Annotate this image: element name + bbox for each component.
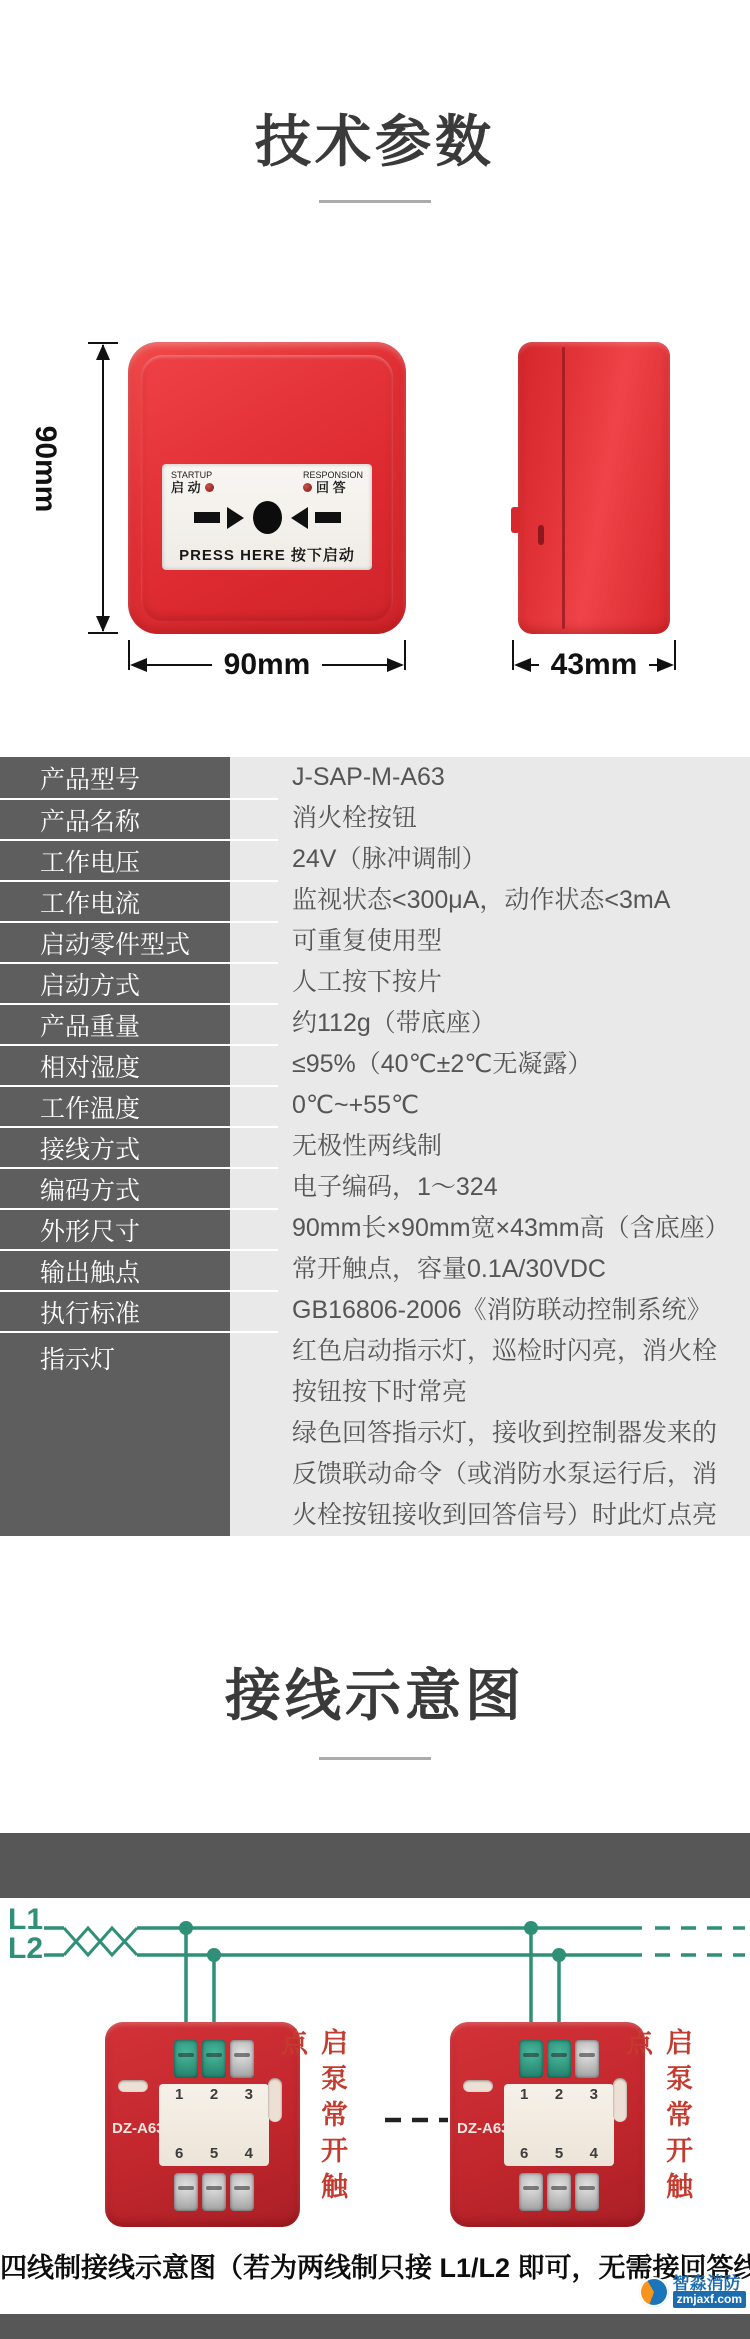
terminal-plate: 1 2 3 6 5 4 <box>159 2084 269 2166</box>
row-label: 相对湿度 <box>0 1044 230 1085</box>
startup-indicator: STARTUP 启 动 <box>171 470 214 495</box>
height-dimension-label: 90mm <box>28 414 62 524</box>
terminal-screw-1 <box>174 2040 198 2078</box>
table-row: 执行标准GB16806-2006《消防联动控制系统》 <box>0 1290 750 1331</box>
table-row: 工作电流监视状态<300μA，动作状态<3mA <box>0 880 750 921</box>
terminal-num-5: 5 <box>555 2145 563 2162</box>
table-row: 接线方式无极性两线制 <box>0 1126 750 1167</box>
bottom-band <box>0 2314 750 2339</box>
rear-button-1: 1 2 3 6 5 4 DZ-A63 <box>105 2022 300 2227</box>
diagram-caption: 四线制接线示意图（若为两线制只接 L1/L2 即可，无需接回答线） <box>0 2246 750 2285</box>
press-here-label: PRESS HERE 按下启动 <box>171 544 363 565</box>
response-indicator: RESPONSION 回 答 <box>303 470 363 495</box>
row-label: 编码方式 <box>0 1167 230 1208</box>
startup-label-en: STARTUP <box>171 470 214 480</box>
table-row: 工作温度0℃~+55℃ <box>0 1085 750 1126</box>
device-model-label: DZ-A63 <box>457 2120 510 2137</box>
row-label: 产品名称 <box>0 798 230 839</box>
table-row: 外形尺寸90mm长×90mm宽×43mm高（含底座） <box>0 1208 750 1249</box>
row-label: 执行标准 <box>0 1290 230 1331</box>
indicator-green-desc: 绿色回答指示灯，接收到控制器发来的反馈联动命令（或消防水泵运行后，消火栓按钮接收… <box>292 1413 736 1536</box>
table-row: 产品型号J-SAP-M-A63 <box>0 757 750 798</box>
table-row: 产品名称消火栓按钮 <box>0 798 750 839</box>
terminal-screw-3 <box>230 2040 254 2078</box>
startup-label-zh: 启 动 <box>171 480 201 495</box>
terminal-num-3: 3 <box>590 2086 598 2103</box>
terminal-screw-6 <box>174 2173 198 2211</box>
row-value: 无极性两线制 <box>230 1126 750 1167</box>
row-value: 人工按下按片 <box>230 962 750 1003</box>
table-row: 工作电压24V（脉冲调制） <box>0 839 750 880</box>
height-dimension-line <box>88 342 118 634</box>
row-value: 可重复使用型 <box>230 921 750 962</box>
terminal-num-3: 3 <box>245 2086 253 2103</box>
device-model-label: DZ-A63 <box>112 2120 165 2137</box>
table-row-indicator-lights: 指示灯 红色启动指示灯，巡检时闪亮，消火栓按钮按下时常亮 绿色回答指示灯，接收到… <box>0 1331 750 1536</box>
terminal-screw-4 <box>575 2173 599 2211</box>
terminal-num-4: 4 <box>590 2145 598 2162</box>
terminal-num-5: 5 <box>210 2145 218 2162</box>
terminal-screw-2 <box>202 2040 226 2078</box>
row-value: 红色启动指示灯，巡检时闪亮，消火栓按钮按下时常亮 绿色回答指示灯，接收到控制器发… <box>230 1331 750 1536</box>
brand-domain: zmjaxf.com <box>673 2291 746 2308</box>
row-label: 启动零件型式 <box>0 921 230 962</box>
terminal-num-1: 1 <box>175 2086 183 2103</box>
row-value: 0℃~+55℃ <box>230 1085 750 1126</box>
rear-button-2: 1 2 3 6 5 4 DZ-A63 <box>450 2022 645 2227</box>
terminal-plate: 1 2 3 6 5 4 <box>504 2084 614 2166</box>
brand-logo-icon <box>639 2277 669 2307</box>
row-label: 产品重量 <box>0 1003 230 1044</box>
row-value: J-SAP-M-A63 <box>230 757 750 798</box>
product-side-view <box>518 342 670 634</box>
table-row: 输出触点常开触点，容量0.1A/30VDC <box>0 1249 750 1290</box>
terminal-num-1: 1 <box>520 2086 528 2103</box>
press-dot-icon <box>253 501 282 534</box>
mounting-slot-left <box>463 2080 493 2092</box>
row-value: 常开触点，容量0.1A/30VDC <box>230 1249 750 1290</box>
terminal-screw-5 <box>202 2173 226 2211</box>
pump-contact-label-2: 启泵常开触点 <box>657 2028 697 2228</box>
row-value: 90mm长×90mm宽×43mm高（含底座） <box>230 1208 750 1249</box>
terminal-screw-5 <box>547 2173 571 2211</box>
diagram-top-band <box>0 1833 750 1898</box>
terminal-num-2: 2 <box>555 2086 563 2103</box>
row-label: 接线方式 <box>0 1126 230 1167</box>
width-dimension-label: 90mm <box>212 648 323 682</box>
mounting-slot-right <box>268 2078 282 2122</box>
table-row: 启动零件型式可重复使用型 <box>0 921 750 962</box>
response-label-en: RESPONSION <box>303 470 363 480</box>
terminal-screw-4 <box>230 2173 254 2211</box>
row-value: 约112g（带底座） <box>230 1003 750 1044</box>
row-value: GB16806-2006《消防联动控制系统》 <box>230 1290 750 1331</box>
table-row: 产品重量约112g（带底座） <box>0 1003 750 1044</box>
terminal-screw-3 <box>575 2040 599 2078</box>
startup-led-icon <box>205 483 214 492</box>
side-clip <box>511 507 520 533</box>
row-value: 电子编码，1～324 <box>230 1167 750 1208</box>
table-row: 启动方式人工按下按片 <box>0 962 750 1003</box>
spec-table: 产品型号J-SAP-M-A63 产品名称消火栓按钮 工作电压24V（脉冲调制） … <box>0 757 750 1536</box>
terminal-num-6: 6 <box>175 2145 183 2162</box>
section1-title: 技术参数 <box>0 98 750 178</box>
section2-underline <box>319 1757 431 1760</box>
mounting-slot-left <box>118 2080 148 2092</box>
table-row: 相对湿度≤95%（40℃±2℃无凝露） <box>0 1044 750 1085</box>
row-label: 指示灯 <box>0 1331 230 1536</box>
terminal-screw-1 <box>519 2040 543 2078</box>
brand-name: 智淼消防 <box>673 2276 741 2291</box>
terminal-num-6: 6 <box>520 2145 528 2162</box>
depth-dimension-label: 43mm <box>539 648 650 682</box>
product-front-view: STARTUP 启 动 RESPONSION 回 答 PRESS HERE 按下… <box>128 342 406 634</box>
row-label: 工作温度 <box>0 1085 230 1126</box>
response-label-zh: 回 答 <box>316 480 346 495</box>
row-label: 产品型号 <box>0 757 230 798</box>
table-row: 编码方式电子编码，1～324 <box>0 1167 750 1208</box>
row-value: 24V（脉冲调制） <box>230 839 750 880</box>
width-dimension-line: 90mm <box>128 640 406 682</box>
side-slot <box>538 525 544 545</box>
indicator-red-desc: 红色启动指示灯，巡检时闪亮，消火栓按钮按下时常亮 <box>292 1331 736 1413</box>
pump-contact-label-1: 启泵常开触点 <box>312 2028 352 2228</box>
section2-title: 接线示意图 <box>0 1652 750 1732</box>
row-label: 外形尺寸 <box>0 1208 230 1249</box>
row-label: 工作电压 <box>0 839 230 880</box>
row-value: 监视状态<300μA，动作状态<3mA <box>230 880 750 921</box>
watermark: 智淼消防 zmjaxf.com <box>639 2276 746 2308</box>
row-value: ≤95%（40℃±2℃无凝露） <box>230 1044 750 1085</box>
row-label: 输出触点 <box>0 1249 230 1290</box>
row-label: 工作电流 <box>0 880 230 921</box>
depth-dimension-line: 43mm <box>512 640 676 682</box>
front-label-plate: STARTUP 启 动 RESPONSION 回 答 PRESS HERE 按下… <box>162 464 372 570</box>
press-point-arrows-icon <box>171 501 363 534</box>
section1-underline <box>319 200 431 203</box>
terminal-screw-6 <box>519 2173 543 2211</box>
terminal-num-4: 4 <box>245 2145 253 2162</box>
terminal-screw-2 <box>547 2040 571 2078</box>
row-label: 启动方式 <box>0 962 230 1003</box>
row-value: 消火栓按钮 <box>230 798 750 839</box>
terminal-num-2: 2 <box>210 2086 218 2103</box>
side-seam <box>562 347 565 629</box>
response-led-icon <box>303 483 312 492</box>
mounting-slot-right <box>613 2078 627 2122</box>
